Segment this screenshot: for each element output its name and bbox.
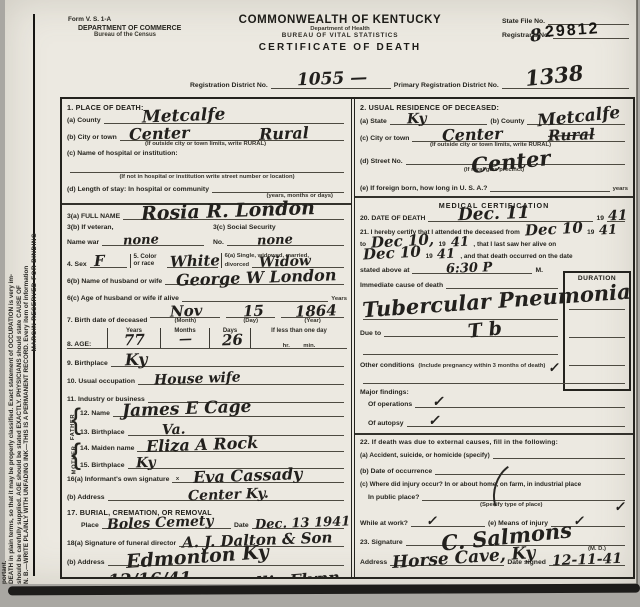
age-label: 8. AGE:: [67, 341, 107, 348]
margin-nb-line1: N. B.—WRITE PLAINLY WITH UNFADING INK—TH…: [23, 0, 30, 584]
informant-sig-value: Eva Cassady: [193, 466, 303, 486]
informant-addr-label: (b) Address: [67, 494, 105, 501]
dod-year-line: 41: [607, 213, 625, 222]
residence-rural-value: Rural: [548, 127, 595, 144]
race-label: 5. Color or race: [134, 254, 164, 268]
age-years-cell: Years77: [107, 328, 160, 348]
spouse-row: 6(b) Name of husband or wife George W Lo…: [67, 276, 347, 285]
sex-label: 4. Sex: [67, 261, 87, 268]
commonwealth-title: COMMONWEALTH OF KENTUCKY: [215, 14, 465, 26]
operations-label: Of operations: [368, 401, 412, 408]
dod-label: 20. DATE OF DEATH: [360, 215, 425, 222]
occupation-value: House wife: [154, 370, 241, 387]
means-check: ✓: [573, 515, 584, 528]
burial-place-value: Boles Cemety: [107, 514, 214, 532]
time-line: 6:30 P: [412, 265, 532, 274]
to-year-value: 41: [451, 243, 469, 244]
hospital-line-row: [67, 164, 347, 173]
spouse-age-label: 6(c) Age of husband or wife if alive: [67, 295, 179, 302]
occupation-label: 10. Usual occupation: [67, 378, 135, 385]
father-name-label: 12. Name: [80, 410, 110, 417]
county-label: (a) County: [67, 117, 101, 124]
mother-maiden-line: Eliza A Rock: [137, 443, 344, 452]
mother-group: MOTHER { 14. Maiden name Eliza A Rock 15…: [67, 443, 347, 469]
informant-addr-row: (b) Address Center Ky.: [67, 492, 347, 501]
registrar-no-label: Registrar's No.: [502, 32, 550, 39]
funeral-addr-row: (b) Address Edmonton Ky: [67, 557, 347, 566]
column-divider: [351, 99, 352, 577]
war-line: none: [102, 237, 204, 246]
duration-line-3: [569, 365, 625, 366]
street-row: (d) Street No. Center: [360, 156, 628, 165]
due-label: Due to: [360, 330, 381, 337]
informant-addr-value: Center Ky.: [188, 487, 269, 504]
external-a-row: (a) Accident, suicide, or homicide (spec…: [360, 450, 628, 459]
external-b-label: (b) Date of occurrence: [360, 468, 432, 475]
date-signed-value: 12-11-41: [552, 552, 623, 568]
residence-state-label: (a) State: [360, 118, 387, 125]
mother-birthplace-label: 15. Birthplace: [80, 462, 125, 469]
other-blank-line: [363, 375, 625, 384]
registration-district-row: Registration District No. 1055 — Primary…: [190, 80, 632, 89]
margin-vertical-text: portant. DEATH in plain terms, so that i…: [1, 0, 38, 584]
physician-addr-row: Address Horse Cave, Ky Date signed 12-11…: [360, 557, 628, 566]
external-title: 22. If death was due to external causes,…: [360, 439, 628, 446]
foreign-suffix: years: [613, 186, 628, 192]
race-cell: 5. Color or raceWhite: [130, 254, 221, 268]
city-line: Center Rural: [120, 132, 344, 141]
burial-place-label: Place: [81, 522, 99, 529]
external-a-label: (a) Accident, suicide, or homicide (spec…: [360, 452, 490, 459]
city-row: (b) City or town Center Rural: [67, 132, 347, 141]
ssn-no-label: No.: [213, 239, 224, 246]
age-hr-label: hr.: [283, 343, 290, 349]
foreign-label: (e) If foreign born, how long in U. S. A…: [360, 185, 487, 192]
birth-year-value: 1864: [295, 303, 337, 319]
full-name-line: Rosia R. London: [123, 211, 344, 220]
city-label: (b) City or town: [67, 134, 117, 141]
cause-label: Immediate cause of death: [360, 282, 443, 289]
alive-19: 19: [426, 253, 433, 260]
physician-addr-line: Horse Cave, Ky: [390, 557, 504, 566]
birthplace-row: 9. Birthplace Ky: [67, 358, 347, 367]
father-birthplace-label: 13. Birthplace: [80, 429, 125, 436]
funeral-addr-value: Edmonton Ky: [126, 543, 270, 572]
sex-line: F: [90, 259, 127, 268]
age-min-label: min.: [303, 343, 315, 349]
residence-city-row: (c) City or town Center Rural: [360, 133, 628, 142]
funeral-addr-label: (b) Address: [67, 559, 105, 566]
funeral-addr-line: Edmonton Ky: [108, 557, 344, 566]
external-a-line: [493, 450, 625, 459]
section-divider-3: [355, 433, 633, 435]
veteran-label: 3(b) If veteran,: [67, 224, 207, 231]
dod-year-value: 41: [608, 209, 628, 224]
city-value: Center: [129, 125, 190, 143]
mother-brace: {: [71, 440, 81, 470]
burial-date-label: Date: [234, 522, 249, 529]
spouse-value: George W London: [176, 267, 337, 289]
received-value: 12/16/41: [108, 571, 192, 577]
spouse-line: George W London: [165, 276, 344, 285]
other-label: Other conditions: [360, 362, 414, 369]
bureau-vital: BUREAU OF VITAL STATISTICS: [215, 32, 465, 39]
burial-row: Place Boles Cemety Date Dec. 13 1941: [67, 520, 347, 529]
street-line: Center: [406, 156, 625, 165]
autopsy-label: Of autopsy: [368, 420, 404, 427]
birth-date-row: 7. Birth date of deceased Nov(Month) 15(…: [67, 307, 347, 324]
reg-district-line: 1055 —: [271, 80, 391, 89]
mother-maiden-value: Eliza A Rock: [145, 435, 258, 455]
informant-sig-line: x Eva Cassady: [172, 474, 344, 483]
age-years-value: 77: [123, 333, 144, 349]
mother-maiden-row: 14. Maiden name Eliza A Rock: [80, 443, 347, 452]
operations-check: ✓: [432, 395, 444, 409]
alive-year-value: 41: [437, 255, 455, 256]
right-column: 2. USUAL RESIDENCE OF DECEASED: (a) Stat…: [354, 99, 633, 577]
ssn-value: none: [257, 233, 293, 247]
sex-value: F: [94, 254, 105, 269]
due-value: T b: [467, 319, 503, 341]
spouse-age-row: 6(c) Age of husband or wife if alive Yea…: [67, 293, 347, 302]
other-caption: (Include pregnancy within 3 months of de…: [418, 363, 545, 369]
registrar-sig-value: Ollie Flynn: [241, 570, 340, 577]
ssn-half: 3(c) Social Security No.none: [207, 224, 347, 246]
mother-maiden-label: 14. Maiden name: [80, 445, 134, 452]
birthplace-value: Ky: [125, 352, 148, 369]
residence-county-line: Metcalfe: [527, 116, 625, 125]
occupation-line: House wife: [138, 376, 344, 385]
section-divider-2: [355, 196, 633, 198]
full-name-label: 3(a) FULL NAME: [67, 213, 120, 220]
birth-year-cell: 1864(Year): [278, 307, 347, 324]
age-months-cell: Months—: [160, 328, 209, 348]
from-year-value: 41: [599, 231, 617, 232]
informant-addr-line: Center Ky.: [108, 492, 344, 501]
public-label: In public place?: [368, 494, 419, 501]
certify-line-3: Dec 10 19 41 , and that death occurred o…: [360, 251, 628, 263]
age-days-cell: Days26: [209, 328, 250, 348]
city-rural-value: Rural: [259, 125, 309, 143]
left-column: 1. PLACE OF DEATH: (a) County Metcalfe (…: [62, 99, 351, 577]
autopsy-check: ✓: [428, 414, 440, 428]
ssn-label: 3(c) Social Security: [213, 224, 347, 231]
father-name-row: 12. Name James E Cage: [80, 408, 347, 417]
external-b-row: (b) Date of occurrence: [360, 466, 628, 475]
margin-nb-line2: should be carefully supplied. AGE should…: [16, 0, 23, 584]
reg-district-value: 1055 —: [297, 70, 368, 89]
residence-city-label: (c) City or town: [360, 135, 409, 142]
birth-label: 7. Birth date of deceased: [67, 317, 147, 324]
from-19: 19: [587, 229, 594, 236]
residence-city-line: Center Rural: [412, 133, 625, 142]
attended-from-value: Dec 10: [525, 227, 583, 230]
age-table-row: 8. AGE: Years77 Months— Days26 If less t…: [67, 328, 347, 349]
age-months-value: —: [179, 333, 192, 346]
state-file-label: State File No.: [502, 18, 545, 25]
certificate-title: CERTIFICATE OF DEATH: [215, 42, 465, 53]
physician-sig-label: 23. Signature: [360, 539, 403, 546]
full-name-value: Rosia R. London: [141, 199, 316, 224]
funeral-director-label: 18(a) Signature of funeral director: [67, 540, 176, 547]
physician-sig-row: 23. Signature C. Salmons: [360, 537, 628, 546]
to-value: Dec 10,: [371, 239, 434, 242]
age-less-label: If less than one day: [251, 328, 347, 334]
informant-x-mark: x: [176, 476, 179, 482]
date-signed-line: 12-11-41: [549, 557, 625, 566]
duration-line-2: [569, 337, 625, 338]
full-name-row: 3(a) FULL NAME Rosia R. London: [67, 211, 347, 220]
war-value: none: [122, 233, 158, 247]
hospital-caption-row: (If not in hospital or institution write…: [67, 173, 347, 180]
work-check: ✓: [426, 515, 437, 528]
header-center-block: COMMONWEALTH OF KENTUCKY Department of H…: [215, 14, 465, 53]
stated-label: stated above at: [360, 267, 409, 274]
bureau-census: Bureau of the Census: [94, 32, 181, 38]
birth-month-cell: Nov(Month): [147, 307, 223, 324]
due-line: T b: [384, 328, 558, 337]
foreign-line: [490, 183, 609, 192]
birth-day-value: 15: [243, 304, 264, 320]
physician-addr-label: Address: [360, 559, 387, 566]
operations-line: ✓: [415, 399, 625, 408]
registrar-pen-mark: 8: [529, 25, 544, 46]
alive-value: Dec 10: [363, 251, 421, 254]
residence-state-line: Ky: [390, 116, 488, 125]
residence-state-value: Ky: [407, 112, 427, 127]
race-line: White: [167, 259, 218, 268]
primary-district-line: 1338: [502, 80, 629, 89]
scan-edge-band: [8, 584, 640, 596]
race-value: White: [169, 253, 219, 270]
margin-portant: portant.: [1, 0, 8, 584]
street-label: (d) Street No.: [360, 158, 403, 165]
war-label: Name war: [67, 239, 99, 246]
other-blank-row: [360, 375, 628, 384]
age-days-value: 26: [222, 333, 243, 349]
margin-binding-label: MARGIN RESERVED FOR BINDING: [31, 0, 38, 584]
father-name-value: James E Cage: [122, 399, 252, 421]
dept-commerce: DEPARTMENT OF COMMERCE: [78, 25, 181, 32]
certify-text-2: , that I last saw her alive on: [473, 241, 556, 248]
time-value: 6:30 P: [446, 261, 493, 276]
hospital-line: [70, 164, 344, 173]
father-group: FATHER { 12. Name James E Cage 13. Birth…: [67, 408, 347, 436]
birthplace-line: Ky: [111, 358, 344, 367]
cause-value-block: Tubercular Pneumonia: [360, 291, 628, 311]
birth-day-cell: 15(Day): [223, 307, 278, 324]
m-label: M.: [535, 267, 543, 274]
father-name-line: James E Cage: [113, 408, 344, 417]
autopsy-line: ✓: [407, 418, 626, 427]
margin-nb-line3: DEATH in plain terms, so that it may be …: [8, 0, 15, 584]
public-check: ✓: [614, 508, 625, 509]
form-number: Form V. S. 1-A: [68, 16, 181, 23]
header-left-block: Form V. S. 1-A DEPARTMENT OF COMMERCE Bu…: [68, 16, 181, 38]
certify-text-3: , and that death occurred on the date: [460, 253, 572, 260]
birthplace-label: 9. Birthplace: [67, 360, 108, 367]
primary-district-value: 1338: [524, 62, 584, 89]
stay-label: (d) Length of stay: In hospital or commu…: [67, 186, 209, 193]
marital-label-2: divorced: [225, 262, 250, 268]
dod-19: 19: [596, 215, 604, 222]
ssn-line: none: [227, 237, 344, 246]
dod-value: Dec. 11: [458, 205, 530, 224]
work-line: ✓: [411, 518, 485, 527]
stay-line: [212, 184, 344, 193]
veteran-ssn-row: 3(b) If veteran, Name warnone 3(c) Socia…: [67, 224, 347, 246]
spouse-label: 6(b) Name of husband or wife: [67, 278, 162, 285]
birth-month-value: Nov: [170, 303, 203, 319]
operations-row: Of operations ✓: [368, 399, 628, 408]
certificate-form: 1. PLACE OF DEATH: (a) County Metcalfe (…: [60, 97, 635, 579]
spouse-age-line: [182, 293, 328, 302]
due-blank-line: [363, 346, 558, 355]
father-brace: {: [71, 405, 81, 435]
foreign-row: (e) If foreign born, how long in U. S. A…: [360, 183, 628, 192]
hospital-label: (c) Name of hospital or institution:: [67, 150, 347, 157]
occupation-row: 10. Usual occupation House wife: [67, 376, 347, 385]
file-number-stamp: 29812: [544, 20, 600, 42]
informant-sig-label: 16(a) Informant's own signature: [67, 476, 169, 483]
stay-row: (d) Length of stay: In hospital or commu…: [67, 184, 347, 193]
primary-district-label: Primary Registration District No.: [394, 82, 499, 89]
age-less-cell: If less than one dayhr. min.: [250, 328, 347, 348]
date-of-death-row: 20. DATE OF DEATH Dec. 11 19 41: [360, 213, 628, 222]
scan-edge-right: [636, 0, 638, 584]
reg-district-label: Registration District No.: [190, 82, 268, 89]
informant-sig-row: 16(a) Informant's own signature x Eva Ca…: [67, 474, 347, 483]
other-check: ✓: [548, 369, 559, 370]
hospital-caption: (If not in hospital or institution write…: [119, 174, 294, 180]
work-label: While at work?: [360, 520, 408, 527]
mother-birthplace-value: Ky: [136, 456, 156, 471]
veteran-half: 3(b) If veteran, Name warnone: [67, 224, 207, 246]
sex-cell: 4. Sex F: [67, 259, 130, 268]
residence-city-value: Center: [442, 126, 503, 144]
burial-place-line: Boles Cemety: [102, 520, 231, 529]
autopsy-row: Of autopsy ✓: [368, 418, 628, 427]
